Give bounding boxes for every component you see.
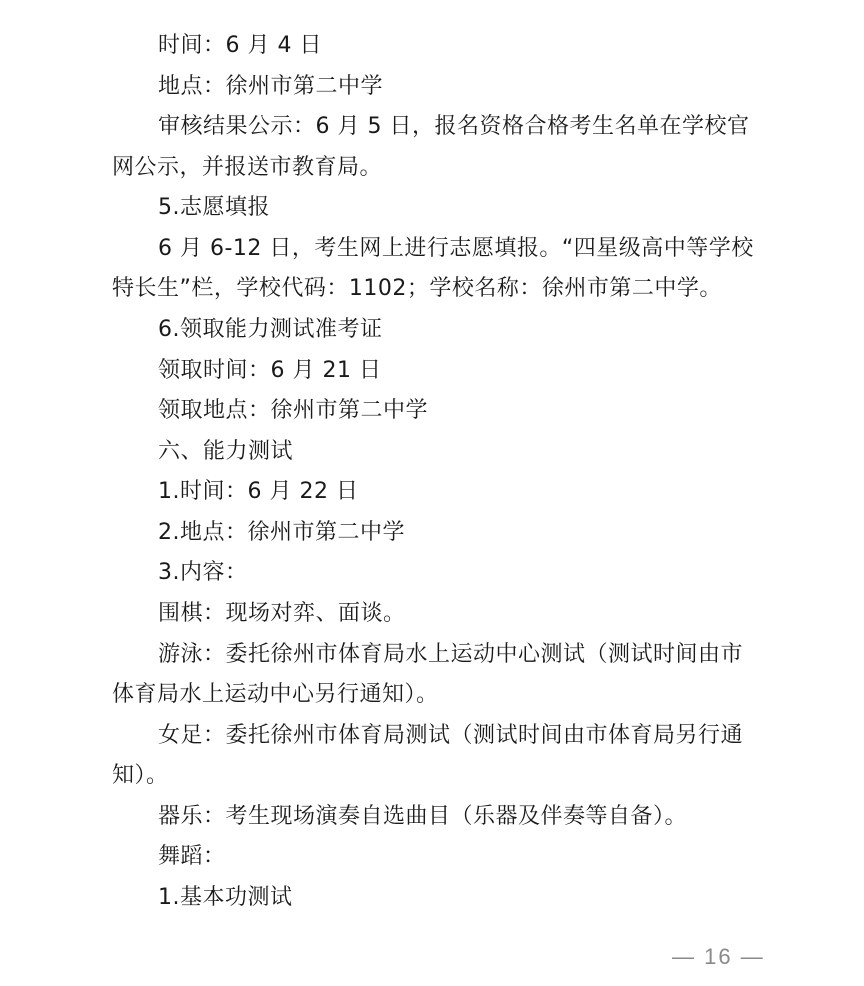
text-line: 女足：委托徐州市体育局测试（测试时间由市体育局另行通 — [158, 721, 808, 751]
text-line: 1.基本功测试 — [158, 883, 808, 913]
text-line: 1.时间：6 月 22 日 — [158, 477, 808, 507]
text-line: 舞蹈： — [158, 842, 808, 872]
section-heading: 6.领取能力测试准考证 — [158, 315, 808, 345]
text-line: 2.地点：徐州市第二中学 — [158, 518, 808, 548]
text-line: 领取时间：6 月 21 日 — [158, 356, 808, 386]
text-line: 游泳：委托徐州市体育局水上运动中心测试（测试时间由市 — [158, 640, 808, 670]
text-line: 体育局水上运动中心另行通知）。 — [112, 680, 762, 710]
page-number: — 16 — — [672, 944, 765, 970]
text-line: 网公示，并报送市教育局。 — [112, 153, 762, 183]
text-line: 知）。 — [112, 761, 762, 791]
text-line: 审核结果公示：6 月 5 日，报名资格合格考生名单在学校官 — [158, 112, 808, 142]
text-line: 领取地点：徐州市第二中学 — [158, 396, 808, 426]
text-line: 3.内容： — [158, 558, 808, 588]
text-line: 地点：徐州市第二中学 — [158, 72, 808, 102]
text-line: 围棋：现场对弈、面谈。 — [158, 599, 808, 629]
section-heading: 5.志愿填报 — [158, 193, 808, 223]
document-page: 时间：6 月 4 日 地点：徐州市第二中学 审核结果公示：6 月 5 日，报名资… — [0, 0, 864, 986]
text-line: 时间：6 月 4 日 — [158, 31, 808, 61]
section-heading: 六、能力测试 — [158, 437, 808, 467]
text-line: 器乐：考生现场演奏自选曲目（乐器及伴奏等自备）。 — [158, 802, 808, 832]
text-line: 6 月 6-12 日，考生网上进行志愿填报。“四星级高中等学校 — [158, 234, 808, 264]
text-line: 特长生”栏，学校代码：1102；学校名称：徐州市第二中学。 — [112, 274, 762, 304]
